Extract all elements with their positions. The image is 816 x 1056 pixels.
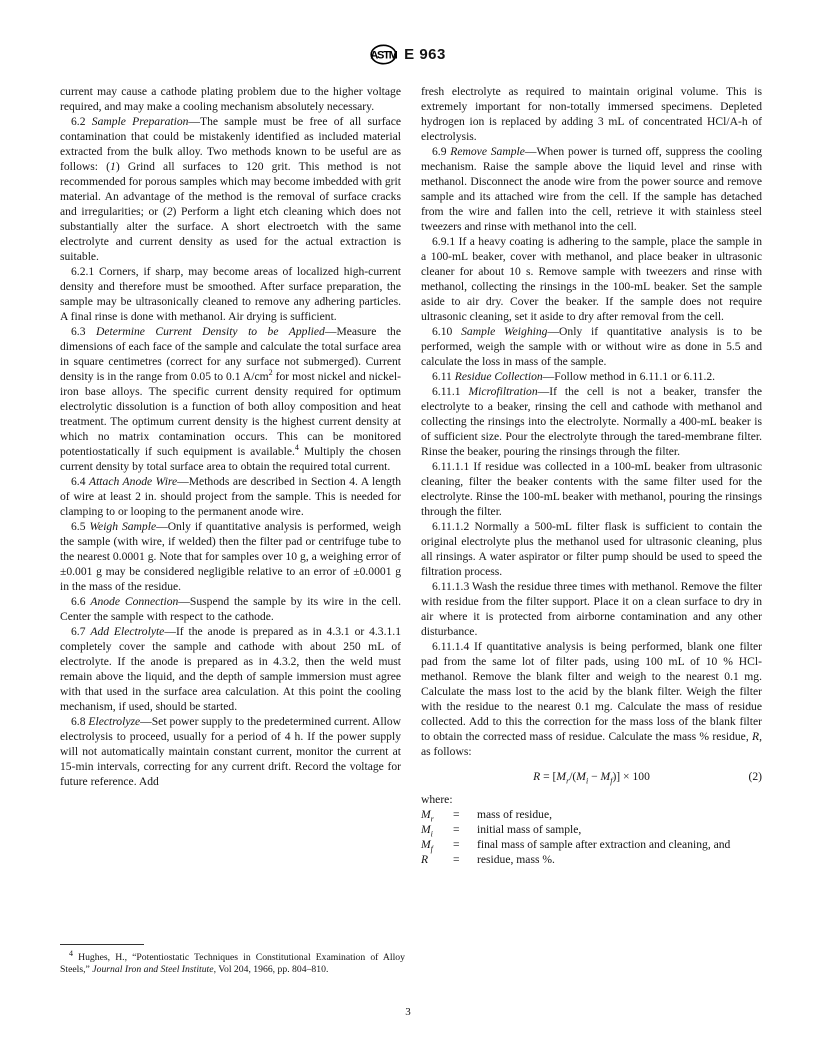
where-label: where:	[421, 792, 762, 807]
paragraph: fresh electrolyte as required to maintai…	[421, 84, 762, 144]
right-column-paragraphs: fresh electrolyte as required to maintai…	[421, 84, 762, 759]
symbol-definition-row: R=residue, mass %.	[421, 852, 762, 867]
paragraph: 6.9.1 If a heavy coating is adhering to …	[421, 234, 762, 324]
equation-2: R = [Mr/(Mi − Mf)] × 100 (2)	[421, 769, 762, 784]
equation-body: R = [Mr/(Mi − Mf)] × 100	[451, 769, 732, 784]
text-columns: current may cause a cathode plating prob…	[60, 84, 762, 867]
page-number: 3	[0, 1006, 816, 1018]
paragraph: 6.4 Attach Anode Wire—Methods are descri…	[60, 474, 401, 519]
footnote-block: 4 Hughes, H., “Potentiostatic Techniques…	[60, 944, 405, 975]
paragraph: current may cause a cathode plating prob…	[60, 84, 401, 114]
paragraph: 6.2 Sample Preparation—The sample must b…	[60, 114, 401, 264]
paragraph: 6.10 Sample Weighing—Only if quantitativ…	[421, 324, 762, 369]
left-column: current may cause a cathode plating prob…	[60, 84, 401, 867]
paragraph: 6.11.1 Microfiltration—If the cell is no…	[421, 384, 762, 459]
paragraph: 6.11.1.4 If quantitative analysis is bei…	[421, 639, 762, 759]
paragraph: 6.11.1.3 Wash the residue three times wi…	[421, 579, 762, 639]
svg-text:ASTM: ASTM	[370, 49, 397, 61]
standard-code: E 963	[404, 46, 446, 63]
footnote-4: 4 Hughes, H., “Potentiostatic Techniques…	[60, 952, 405, 975]
paragraph: 6.9 Remove Sample—When power is turned o…	[421, 144, 762, 234]
paragraph: 6.11.1.1 If residue was collected in a 1…	[421, 459, 762, 519]
paragraph: 6.11 Residue Collection—Follow method in…	[421, 369, 762, 384]
symbol-definition-row: Mi=initial mass of sample,	[421, 822, 762, 837]
footnote-rule	[60, 944, 144, 945]
paragraph: 6.11.1.2 Normally a 500-mL filter flask …	[421, 519, 762, 579]
equation-number: (2)	[732, 769, 762, 784]
astm-logo-icon: ASTM	[370, 44, 397, 65]
paragraph: 6.2.1 Corners, if sharp, may become area…	[60, 264, 401, 324]
paragraph: 6.6 Anode Connection—Suspend the sample …	[60, 594, 401, 624]
paragraph: 6.3 Determine Current Density to be Appl…	[60, 324, 401, 474]
symbol-definition-row: Mf=final mass of sample after extraction…	[421, 837, 762, 852]
symbol-definition-row: Mr=mass of residue,	[421, 807, 762, 822]
paragraph: 6.8 Electrolyze—Set power supply to the …	[60, 714, 401, 789]
symbol-definition-list: Mr=mass of residue,Mi=initial mass of sa…	[421, 807, 762, 867]
paragraph: 6.5 Weigh Sample—Only if quantitative an…	[60, 519, 401, 594]
document-page: ASTM E 963 current may cause a cathode p…	[0, 0, 816, 1056]
page-header: ASTM E 963	[0, 44, 816, 65]
paragraph: 6.7 Add Electrolyte—If the anode is prep…	[60, 624, 401, 714]
right-column: fresh electrolyte as required to maintai…	[421, 84, 762, 867]
